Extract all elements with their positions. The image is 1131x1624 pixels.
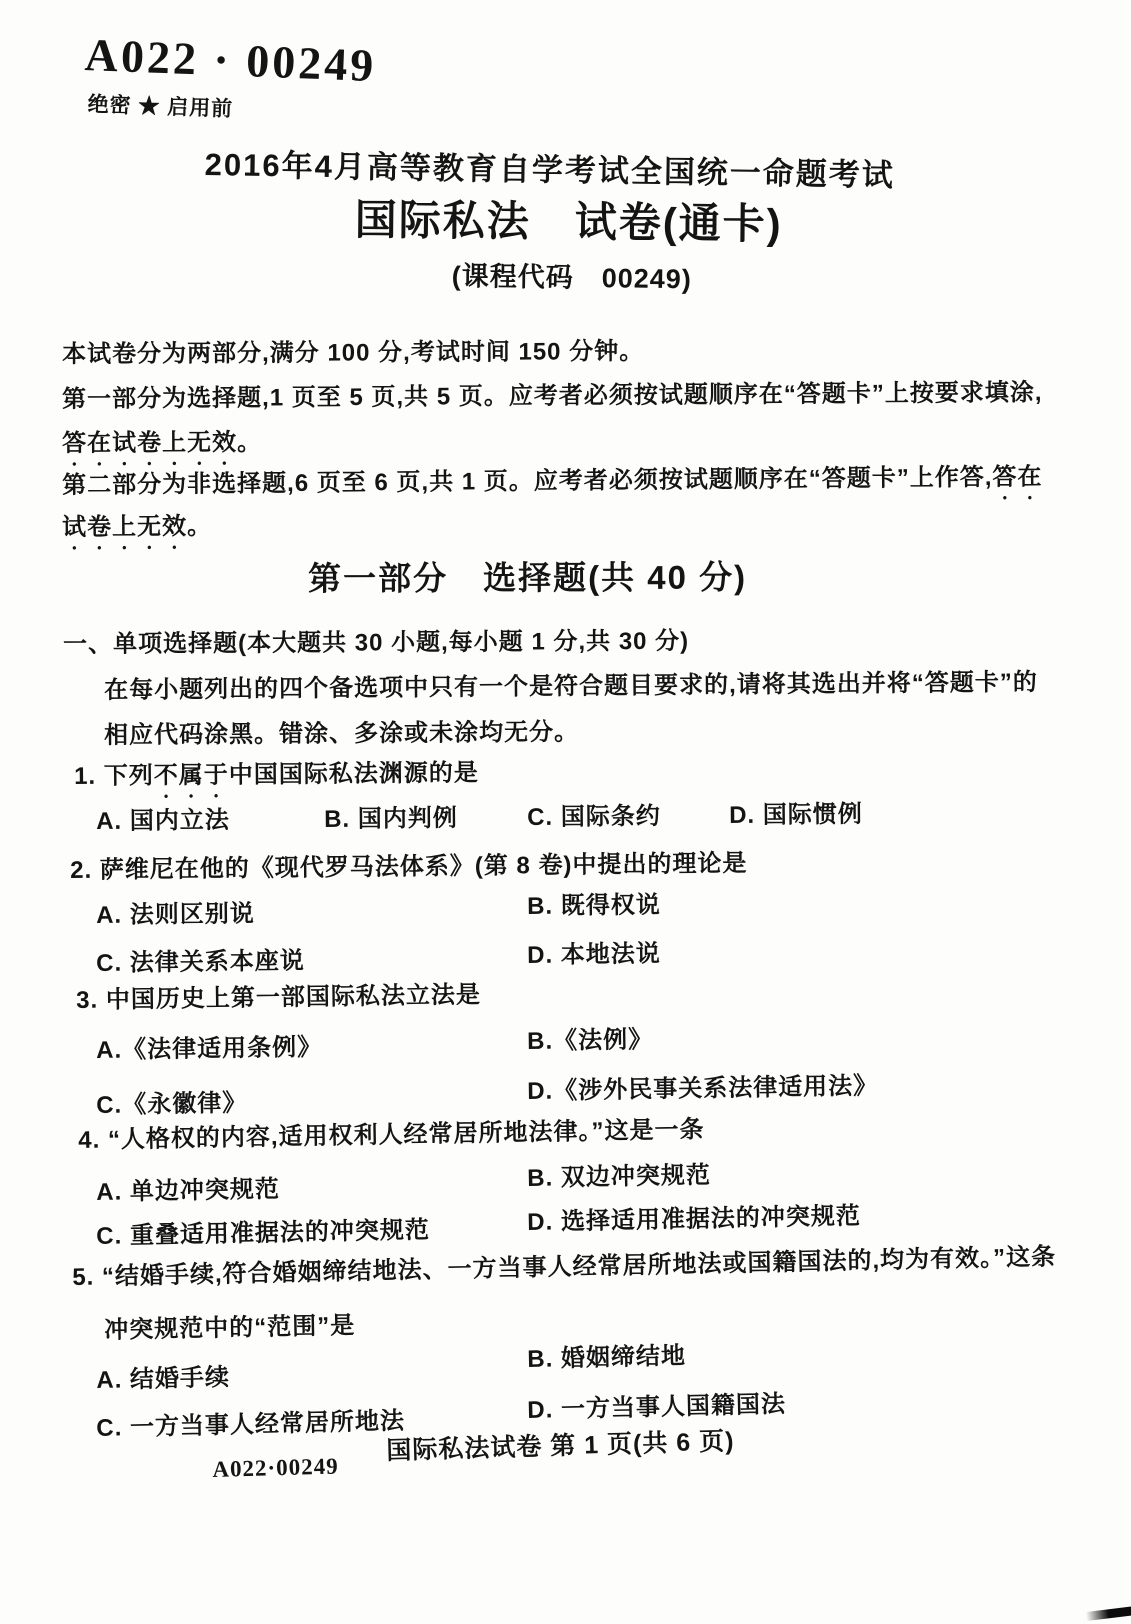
question-4-option-b: B. 双边冲突规范 (527, 1161, 711, 1194)
question-3-stem: 3. 中国历史上第一部国际私法立法是 (76, 980, 481, 1016)
question-5-option-c: C. 一方当事人经常居所地法 (96, 1406, 405, 1444)
question-5-option-a: A. 结婚手续 (96, 1363, 230, 1396)
question-1-option-a: A. 国内立法 (96, 806, 230, 837)
question-2-option-c: C. 法律关系本座说 (96, 946, 305, 979)
question-3-option-c: C.《永徽律》 (96, 1089, 247, 1121)
question-5-stem-line1: 5. “结婚手续,符合婚姻缔结地法、一方当事人经常居所地法或国籍国法的,均为有效… (72, 1242, 1056, 1293)
section1-title: 一、单项选择题(本大题共 30 小题,每小题 1 分,共 30 分) (63, 627, 689, 660)
exam-paper-page: A022 · 00249 绝密 ★ 启用前 2016年4月高等教育自学考试全国统… (0, 0, 1131, 1624)
paper-code: A022 · 00249 (84, 26, 378, 95)
instruction-line-4: 第二部分为非选择题,6 页至 6 页,共 1 页。应考者必须按试题顺序在“答题卡… (62, 462, 1043, 513)
question-3-option-d: D.《涉外民事关系法律适用法》 (527, 1071, 878, 1107)
question-3-option-a: A.《法律适用条例》 (96, 1033, 322, 1066)
subject-title: 国际私法 试卷(通卡) (354, 194, 783, 251)
question-5-option-d: D. 一方当事人国籍国法 (527, 1390, 786, 1426)
security-label: 绝密 ★ 启用前 (87, 92, 233, 123)
question-4-option-a: A. 单边冲突规范 (96, 1175, 280, 1208)
question-5-stem-line2: 冲突规范中的“范围”是 (104, 1311, 356, 1346)
section1-note-1: 在每小题列出的四个备选项中只有一个是符合题目要求的,请将其选出并将“答题卡”的 (104, 668, 1038, 706)
question-4-stem: 4. “人格权的内容,适用权利人经常居所地法律。”这是一条 (78, 1115, 705, 1156)
instruction-line-2: 第一部分为选择题,1 页至 5 页,共 5 页。应考者必须按试题顺序在“答题卡”… (62, 378, 1043, 415)
question-1-stem: 1. 下列不属于中国国际私法渊源的是 (74, 758, 479, 804)
question-1-option-b: B. 国内判例 (324, 804, 458, 835)
exam-title: 2016年4月高等教育自学考试全国统一命题考试 (204, 146, 895, 196)
instruction-line-3: 答在试卷上无效。 (62, 428, 262, 471)
instruction-line-5: 试卷上无效。 (62, 512, 212, 555)
question-2-stem: 2. 萨维尼在他的《现代罗马法体系》(第 8 卷)中提出的理论是 (70, 849, 748, 886)
footer-paper-code: A022·00249 (212, 1452, 339, 1484)
part1-header: 第一部分 选择题(共 40 分) (308, 556, 747, 599)
question-2-option-a: A. 法则区别说 (96, 899, 255, 931)
scan-artifact (1086, 1606, 1131, 1621)
question-4-option-c: C. 重叠适用准据法的冲突规范 (96, 1216, 430, 1252)
section1-note-2: 相应代码涂黑。错涂、多涂或未涂均无分。 (104, 718, 579, 751)
question-3-option-b: B.《法例》 (527, 1025, 653, 1057)
question-2-option-d: D. 本地法说 (527, 939, 661, 971)
question-5-option-b: B. 婚姻缔结地 (527, 1341, 686, 1375)
instruction-line-1: 本试卷分为两部分,满分 100 分,考试时间 150 分钟。 (62, 337, 644, 370)
course-code: (课程代码 00249) (452, 260, 693, 297)
footer-page-info: 国际私法试卷 第 1 页(共 6 页) (386, 1426, 735, 1467)
question-1-option-d: D. 国际惯例 (729, 800, 863, 831)
question-4-option-d: D. 选择适用准据法的冲突规范 (527, 1202, 861, 1238)
question-2-option-b: B. 既得权说 (527, 891, 661, 922)
question-1-option-c: C. 国际条约 (527, 802, 661, 833)
